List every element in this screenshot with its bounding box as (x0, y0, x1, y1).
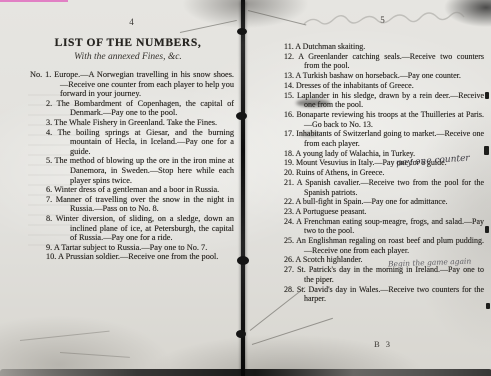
list-item: 21. A Spanish cavalier.—Receive two from… (284, 178, 484, 197)
list-item: 11. A Dutchman skaiting. (284, 42, 484, 52)
list-item: 20. Ruins of Athens, in Greece. (284, 168, 484, 178)
list-item: 14. Dresses of the inhabitants of Greece… (284, 81, 484, 91)
book-spine-gutter (241, 0, 245, 376)
list-item: 10. A Prussian soldier.—Receive one from… (30, 252, 234, 262)
list-item: 2. The Bombardment of Copenhagen, the ca… (30, 99, 234, 118)
list-item: 27. St. Patrick's day in the morning in … (284, 265, 484, 284)
list-item: 19. Mount Vesuvius in Italy.—Pay one for… (284, 158, 484, 168)
scanner-color-artifact (0, 0, 68, 2)
ink-smudge (300, 131, 320, 137)
list-item: 18. A young lady of Walachia, in Turkey. (284, 149, 484, 159)
list-item: 5. The method of blowing up the ore in t… (30, 156, 234, 185)
list-item: 8. Winter diversion, of sliding, on a sl… (30, 214, 234, 243)
list-item: 28. St. David's day in Wales.—Receive tw… (284, 285, 484, 304)
ink-smudge (296, 99, 330, 107)
bottom-scan-edge (0, 369, 491, 376)
page-left: 4 LIST OF THE NUMBERS, With the annexed … (0, 0, 241, 376)
gutter-ink-blob (236, 112, 247, 120)
right-edge-mark (485, 92, 489, 99)
pencil-inscription-faint (300, 8, 480, 32)
right-edge-mark (484, 146, 489, 155)
list-item: 22. A bull-fight in Spain.—Pay one for a… (284, 197, 484, 207)
signature-mark: B 3 (284, 339, 482, 349)
list-item: 3. The Whale Fishery in Greenland. Take … (30, 118, 234, 128)
numbers-list-right: 11. A Dutchman skaiting.12. A Greenlande… (284, 42, 484, 304)
right-edge-mark (485, 226, 489, 233)
gutter-ink-blob (237, 256, 249, 265)
list-item: 9. A Tartar subject to Russia.—Pay one t… (30, 243, 234, 253)
gutter-ink-blob (237, 28, 247, 35)
gutter-ink-blob (236, 330, 246, 338)
numbers-list-left: No. 1. Europe.—A Norwegian travelling in… (30, 70, 234, 262)
page-right: 5 11. A Dutchman skaiting.12. A Greenlan… (246, 0, 491, 376)
list-item: No. 1. Europe.—A Norwegian travelling in… (30, 70, 234, 99)
list-item: 26. A Scotch highlander. (284, 255, 484, 265)
list-item: 12. A Greenlander catching seals.—Receiv… (284, 52, 484, 71)
right-edge-mark (486, 303, 490, 309)
list-item: 25. An Englishman regaling on roast beef… (284, 236, 484, 255)
list-item: 23. A Portuguese peasant. (284, 207, 484, 217)
list-item: 13. A Turkish bashaw on horseback.—Pay o… (284, 71, 484, 81)
list-item: 6. Winter dress of a gentleman and a boo… (30, 185, 234, 195)
page-title: LIST OF THE NUMBERS, (22, 37, 234, 49)
list-item: 7. Manner of travelling over the snow in… (30, 195, 234, 214)
book-scan: 4 LIST OF THE NUMBERS, With the annexed … (0, 0, 491, 376)
page-subtitle: With the annexed Fines, &c. (22, 52, 234, 62)
list-item: 4. The boiling springs at Giesar, and th… (30, 128, 234, 157)
page-number-left: 4 (30, 17, 234, 27)
list-item: 16. Bonaparte reviewing his troops at th… (284, 110, 484, 129)
list-item: 24. A Frenchman eating soup-meagre, frog… (284, 217, 484, 236)
